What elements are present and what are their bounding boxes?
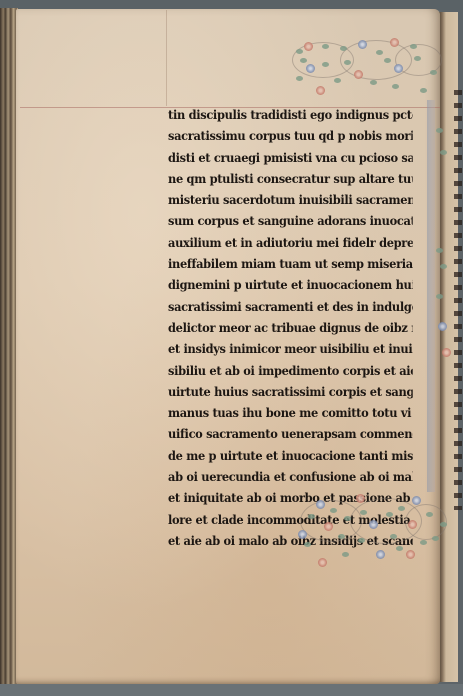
text-line: ne qm ptulisti consecratur sup altare tu… (168, 168, 413, 189)
text-line: uifico sacramento uenerapsam commendo de… (168, 423, 413, 444)
text-line: ineffabilem miam tuam ut semp miseria (168, 253, 413, 274)
text-line: tin discipulis tradidisti ego indignus p… (168, 104, 413, 125)
text-line: et insidys inimicor meor uisibiliu et in… (168, 338, 413, 359)
text-line: sum corpus et sanguine adorans inuocatu (168, 210, 413, 231)
ruling-line-vertical (166, 10, 167, 106)
text-line: ab oi uerecundia et confusione ab oi mal… (168, 466, 413, 487)
text-line: misteriu sacerdotum inuisibili sacrament… (168, 189, 413, 210)
text-line: de me p uirtute et inuocacione tanti mis… (168, 445, 413, 466)
text-line: sacratissimi sacramenti et des in indulg… (168, 296, 413, 317)
text-line: disti et cruaegi pmisisti vna cu pcioso … (168, 147, 413, 168)
text-line: dignemini p uirtute et inuocacionem huiu… (168, 274, 413, 295)
text-line: sibiliu et ab oi impedimento corpis et a… (168, 360, 413, 381)
facing-page-text-edge (454, 90, 462, 510)
text-line: sacratissimu corpus tuu qd p nobis mori … (168, 125, 413, 146)
text-line: uirtute huius sacratissimi corpis et san… (168, 381, 413, 402)
text-line: auxilium et in adiutoriu mei fidelr depr… (168, 232, 413, 253)
text-line: delictor meor ac tribuae dignus de oibz … (168, 317, 413, 338)
background-bottom (0, 684, 463, 696)
text-line: manus tuas ihu bone me comitto totu vi (168, 402, 413, 423)
text-block: tin discipulis tradidisti ego indignus p… (168, 104, 434, 551)
